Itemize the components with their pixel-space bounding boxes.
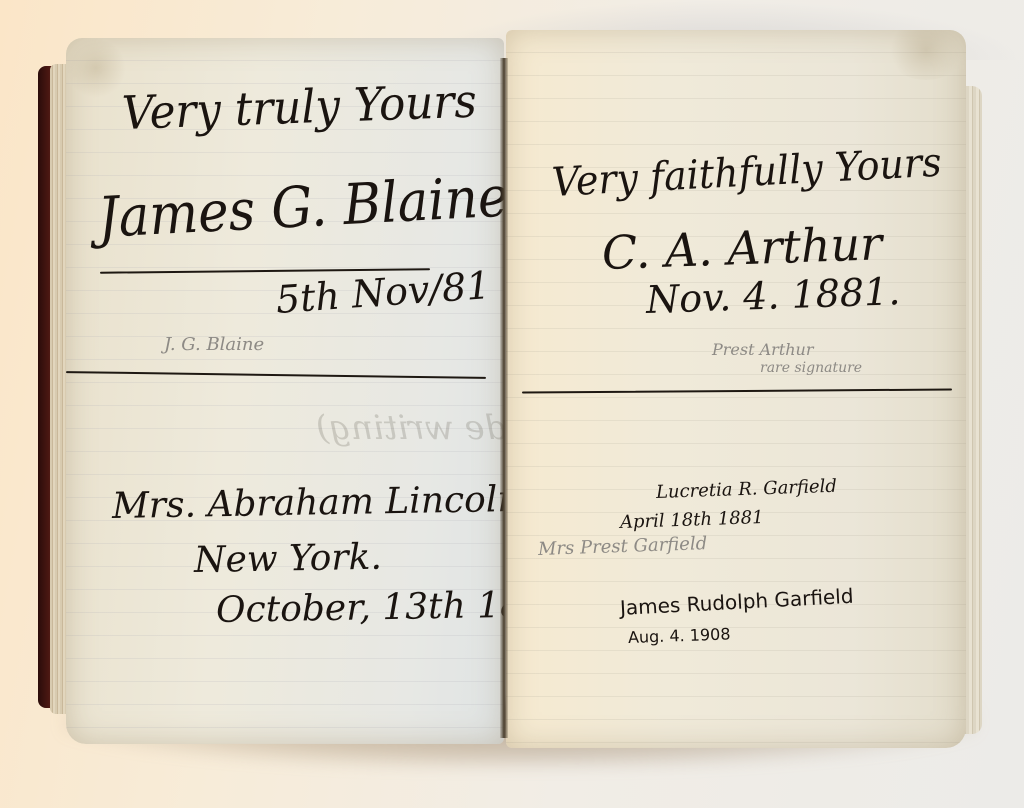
book-gutter: [500, 58, 508, 738]
lincoln-place: New York.: [194, 537, 383, 581]
blaine-closing: Very truly Yours: [121, 74, 478, 140]
james-r-garfield-date: Aug. 4. 1908: [628, 624, 731, 647]
page-divider-line: [66, 371, 486, 379]
photo-scene: Very truly Yours James G. Blaine 5th Nov…: [0, 0, 1024, 808]
arthur-closing: Very faithfully Yours: [551, 140, 943, 206]
garfield-pencil-note: Mrs Prest Garfield: [538, 533, 708, 560]
page-stain: [66, 38, 126, 98]
arthur-date: Nov. 4. 1881.: [645, 269, 901, 322]
james-r-garfield-signature: James Rudolph Garfield: [619, 584, 854, 620]
right-page: Very faithfully Yours C. A. Arthur Nov. …: [506, 30, 966, 748]
left-page: Very truly Yours James G. Blaine 5th Nov…: [66, 38, 504, 744]
bleed-through-text: (faded reverse-side writing): [316, 408, 504, 448]
lucretia-garfield-date: April 18th 1881: [620, 507, 764, 533]
blaine-pencil-note: J. G. Blaine: [164, 334, 264, 355]
page-divider-line: [522, 388, 952, 393]
lincoln-name: Mrs. Abraham Lincoln: [112, 479, 504, 527]
page-stain: [886, 30, 966, 80]
lucretia-garfield-signature: Lucretia R. Garfield: [656, 476, 838, 503]
blaine-date: 5th Nov/81: [274, 263, 491, 322]
arthur-pencil-note-1: Prest Arthur: [712, 340, 814, 359]
lincoln-date: October, 13th 1881.: [216, 584, 504, 631]
arthur-pencil-note-2: rare signature: [760, 360, 862, 376]
blaine-signature: James G. Blaine: [96, 165, 504, 251]
